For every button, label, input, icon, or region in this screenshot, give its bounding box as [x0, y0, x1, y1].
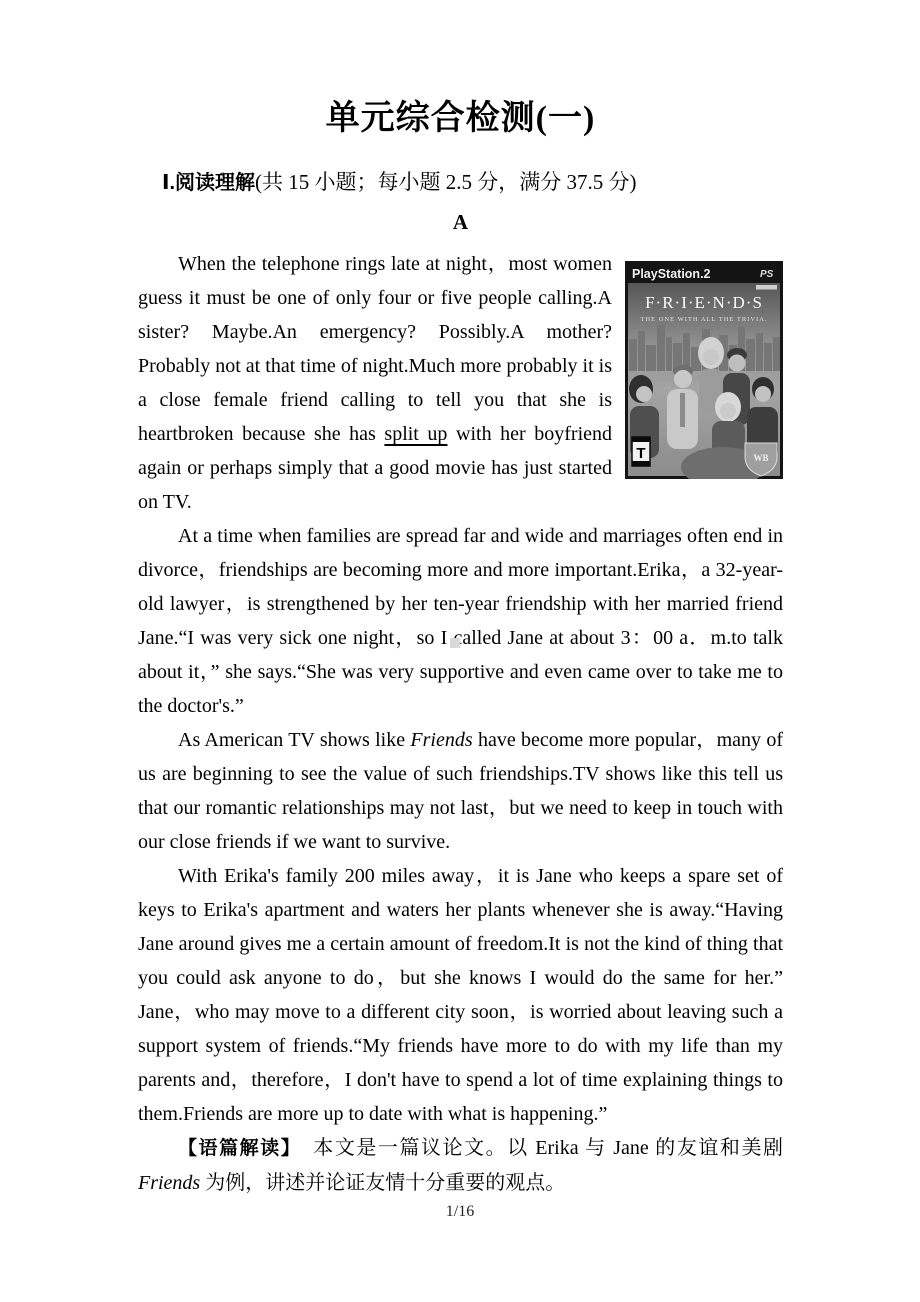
page-title: 单元综合检测(一) — [138, 94, 783, 144]
playstation2-label: PlayStation.2 — [632, 267, 711, 281]
text-run: 本文是一篇议论文。以 Erika 与 Jane 的友谊和美剧 — [292, 1137, 783, 1159]
cover-code-chip — [756, 285, 777, 290]
text-run: With Erika's family 200 miles away，it is… — [138, 865, 783, 1125]
esrb-t-rating-icon: T — [632, 437, 650, 466]
cover-subtitle: THE ONE WITH ALL THE TRIVIA. — [640, 316, 767, 323]
paragraph-4: With Erika's family 200 miles away，it is… — [138, 859, 783, 1131]
text-run: split up — [384, 423, 447, 445]
passage-label: A — [138, 207, 783, 237]
friends-title: F·R·I·E·N·D·S — [645, 293, 763, 312]
paragraph-2: At a time when families are spread far a… — [138, 519, 783, 723]
ps-logo-icon: PS — [760, 269, 774, 280]
section-heading: Ⅰ.阅读理解(共 15 小题；每小题 2.5 分，满分 37.5 分) — [138, 166, 783, 199]
section-heading-label: Ⅰ.阅读理解 — [162, 172, 255, 194]
friends-game-cover-image: PlayStation.2 PS F·R·I·E·N·D·S THE ONE W… — [625, 261, 783, 479]
svg-text:T: T — [636, 445, 645, 462]
text-run: When the telephone rings late at night，m… — [138, 253, 612, 445]
page-number: 1/16 — [0, 1203, 920, 1221]
text-run: 为例，讲述并论证友情十分重要的观点。 — [200, 1172, 565, 1194]
paragraph-3: As American TV shows like Friends have b… — [138, 723, 783, 859]
text-run: At a time when families are spread far a… — [138, 525, 783, 717]
watermark-square — [450, 638, 460, 648]
text-run: As American TV shows like — [178, 729, 410, 751]
text-run: Friends — [138, 1172, 200, 1194]
svg-text:WB: WB — [753, 453, 768, 463]
section-heading-detail: (共 15 小题；每小题 2.5 分，满分 37.5 分) — [255, 170, 637, 194]
text-run: Friends — [410, 729, 472, 751]
text-run: 【语篇解读】 — [178, 1138, 292, 1159]
article-body: PlayStation.2 PS F·R·I·E·N·D·S THE ONE W… — [138, 247, 783, 1200]
document-page: 单元综合检测(一) Ⅰ.阅读理解(共 15 小题；每小题 2.5 分，满分 37… — [0, 0, 920, 1302]
paragraph-1: PlayStation.2 PS F·R·I·E·N·D·S THE ONE W… — [138, 247, 783, 519]
analysis-paragraph: 【语篇解读】 本文是一篇议论文。以 Erika 与 Jane 的友谊和美剧 Fr… — [138, 1131, 783, 1200]
